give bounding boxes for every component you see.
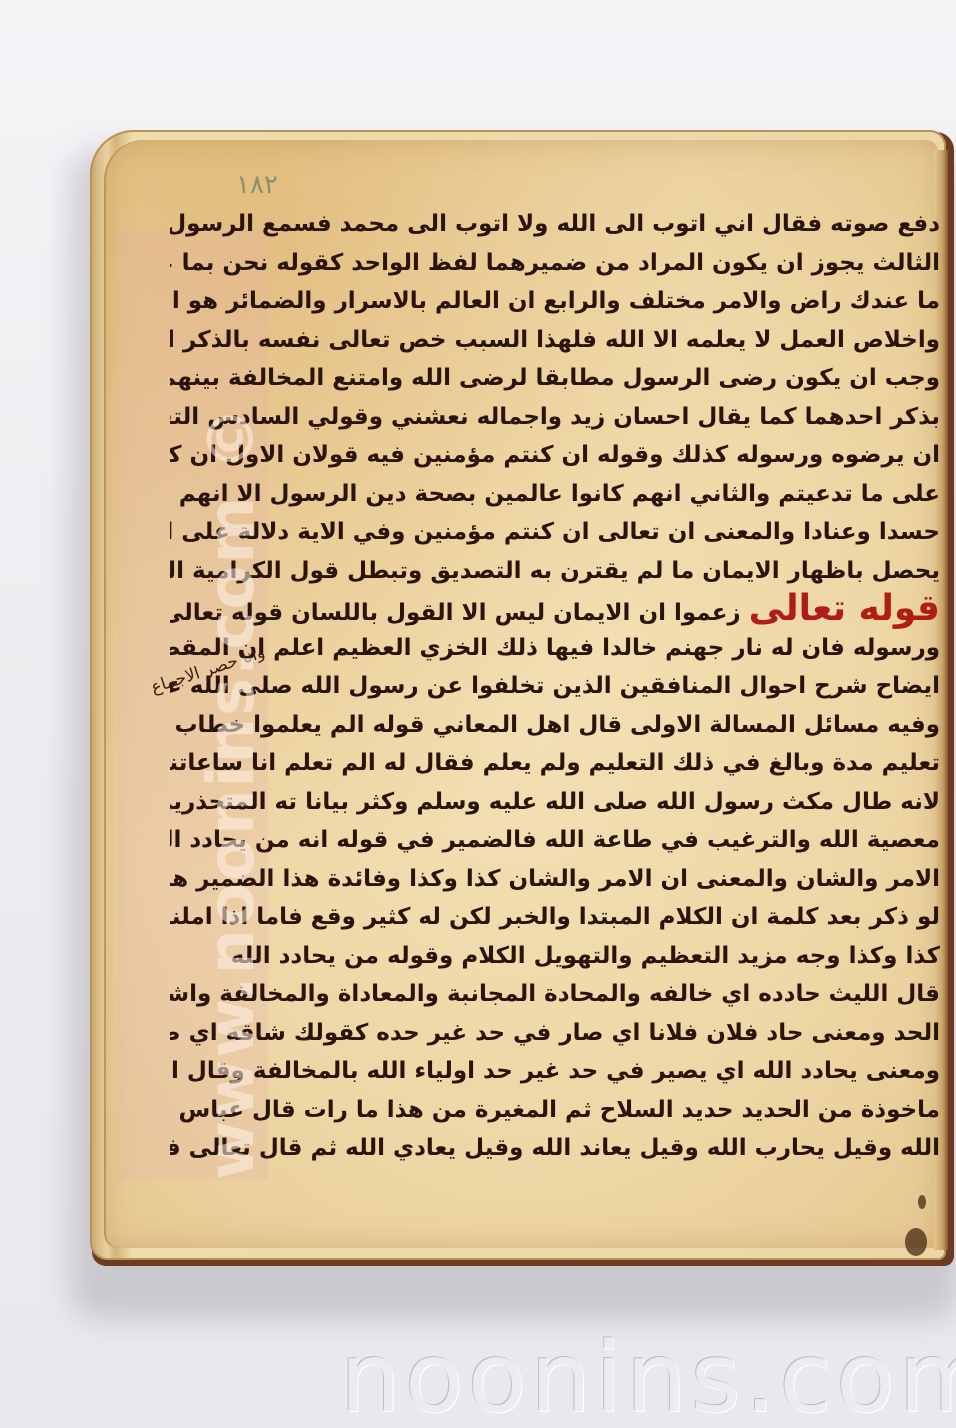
text-line-with-heading: قوله تعالى زعموا ان الايمان ليس الا القو… <box>170 590 940 629</box>
text-line: لو ذكر بعد كلمة ان الكلام المبتدا والخبر… <box>170 898 940 937</box>
text-line: الثالث يجوز ان يكون المراد من ضميرهما لف… <box>170 244 940 283</box>
ink-stain <box>905 1228 927 1256</box>
text-line: دفع صوته فقال اني اتوب الى الله ولا اتوب… <box>170 205 940 244</box>
ink-stain <box>918 1195 926 1209</box>
text-line: ومعنى يحادد الله اي يصير في حد غير حد او… <box>170 1052 940 1091</box>
text-line: ايضاح شرح احوال المنافقين الذين تخلفوا ع… <box>170 667 940 706</box>
manuscript-text: دفع صوته فقال اني اتوب الى الله ولا اتوب… <box>170 205 940 1168</box>
text-line: على ما تدعيتم والثاني انهم كانوا عالمين … <box>170 475 940 514</box>
text-line: لانه طال مكث رسول الله صلى الله عليه وسل… <box>170 783 940 822</box>
text-line: تعليم مدة وبالغ في ذلك التعليم ولم يعلم … <box>170 744 940 783</box>
text-line: الله وقيل يحارب الله وقيل يعاند الله وقي… <box>170 1129 940 1168</box>
text-line: وجب ان يكون رضى الرسول مطابقا لرضى الله … <box>170 359 940 398</box>
text-line: حسدا وعنادا والمعنى ان تعالى ان كنتم مؤم… <box>170 513 940 552</box>
text-line: الامر والشان والمعنى ان الامر والشان كذا… <box>170 860 940 899</box>
text-line: يحصل باظهار الايمان ما لم يقترن به التصد… <box>170 552 940 591</box>
text-line: بذكر احدهما كما يقال احسان زيد واجماله ن… <box>170 398 940 437</box>
watermark-bottom: noonins.com <box>340 1322 956 1428</box>
text-line: وفيه مسائل المسالة الاولى قال اهل المعان… <box>170 706 940 745</box>
text-line: معصية الله والترغيب في طاعة الله فالضمير… <box>170 821 940 860</box>
folio-number: ١٨٢ <box>236 170 278 200</box>
text-line: الحد ومعنى حاد فلان فلانا اي صار في حد غ… <box>170 1014 940 1053</box>
watermark-vertical: www.noonins.com © <box>195 405 269 1180</box>
text-line: ورسوله فان له نار جهنم خالدا فيها ذلك ال… <box>170 629 940 668</box>
text-line: ماخوذة من الحديد حديد السلاح ثم المغيرة … <box>170 1091 940 1130</box>
rubric-heading: قوله تعالى <box>749 590 940 629</box>
text-line: كذا وكذا وجه مزيد التعظيم والتهويل الكلا… <box>170 937 940 976</box>
text-line: واخلاص العمل لا يعلمه الا الله فلهذا الس… <box>170 321 940 360</box>
text-line: ما عندك راض والامر مختلف والرابع ان العا… <box>170 282 940 321</box>
text-line: قال الليث حادده اي خالفه والمحادة المجان… <box>170 975 940 1014</box>
text-line: ان يرضوه ورسوله كذلك وقوله ان كنتم مؤمني… <box>170 436 940 475</box>
